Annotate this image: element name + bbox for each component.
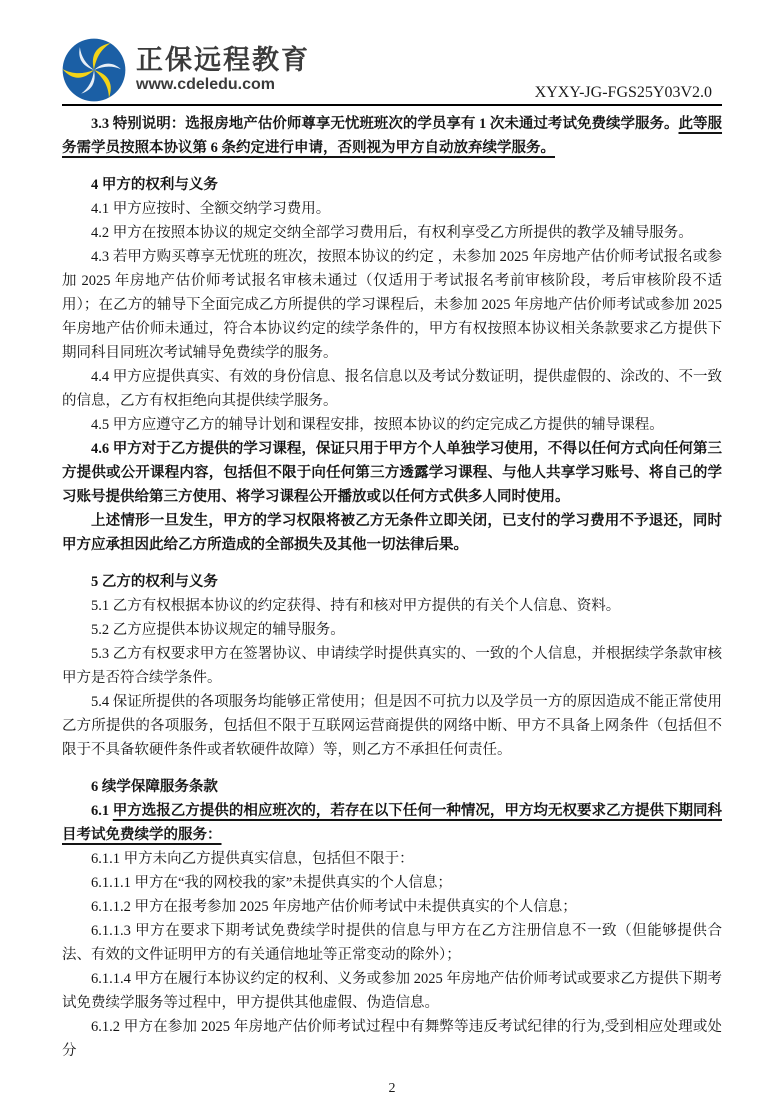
text-run: 6.1.1 甲方未向乙方提供真实信息，包括但不限于： (91, 851, 414, 867)
section-heading: 6 续学保障服务条款 (62, 775, 722, 799)
contract-paragraph: 6.1.1.2 甲方在报考参加 2025 年房地产估价师考试中未提供真实的个人信… (62, 895, 722, 919)
contract-paragraph: 6.1.1 甲方未向乙方提供真实信息，包括但不限于： (62, 847, 722, 871)
text-run: 4.5 甲方应遵守乙方的辅导计划和课程安排，按照本协议的约定完成乙方提供的辅导课… (91, 417, 664, 433)
section-heading: 5 乙方的权利与义务 (62, 570, 722, 594)
text-run: 6.1.2 甲方在参加 2025 年房地产估价师考试过程中有舞弊等违反考试纪律的… (62, 1019, 722, 1059)
contract-paragraph: 4.6 甲方对于乙方提供的学习课程，保证只用于甲方个人单独学习使用，不得以任何方… (62, 437, 722, 509)
text-run: 5.2 乙方应提供本协议规定的辅导服务。 (91, 622, 345, 638)
contract-body: 3.3 特别说明：选报房地产估价师尊享无忧班班次的学员享有 1 次未通过考试免费… (62, 112, 722, 1063)
contract-paragraph: 6.1.1.4 甲方在履行本协议约定的权利、义务或参加 2025 年房地产估价师… (62, 967, 722, 1015)
brand-text: 正保远程教育 www.cdeledu.com (136, 46, 310, 94)
page-number: 2 (389, 1081, 396, 1096)
contract-paragraph: 3.3 特别说明：选报房地产估价师尊享无忧班班次的学员享有 1 次未通过考试免费… (62, 112, 722, 160)
contract-paragraph: 上述情形一旦发生，甲方的学习权限将被乙方无条件立即关闭，已支付的学习费用不予退还… (62, 509, 722, 557)
contract-paragraph: 6.1.1.3 甲方在要求下期考试免费续学时提供的信息与甲方在乙方注册信息不一致… (62, 919, 722, 967)
brand-name: 正保远程教育 (136, 46, 310, 74)
contract-paragraph: 5.2 乙方应提供本协议规定的辅导服务。 (62, 618, 722, 642)
text-run: 4.4 甲方应提供真实、有效的身份信息、报名信息以及考试分数证明，提供虚假的、涂… (62, 369, 722, 409)
text-run: 甲方选报乙方提供的相应班次的，若存在以下任何一种情况，甲方均无权要求乙方提供下期… (62, 803, 722, 843)
text-run: 6.1.1.1 甲方在“我的网校我的家”未提供真实的个人信息； (91, 875, 452, 891)
contract-paragraph: 5.4 保证所提供的各项服务均能够正常使用；但是因不可抗力以及学员一方的原因造成… (62, 690, 722, 762)
text-run: 4.6 甲方对于乙方提供的学习课程，保证只用于甲方个人单独学习使用，不得以任何方… (62, 441, 722, 505)
text-run: 4.3 若甲方购买尊享无忧班的班次，按照本协议的约定 ，未参加 2025 年房地… (62, 249, 722, 361)
contract-paragraph: 4.1 甲方应按时、全额交纳学习费用。 (62, 197, 722, 221)
contract-paragraph: 4.3 若甲方购买尊享无忧班的班次，按照本协议的约定 ，未参加 2025 年房地… (62, 245, 722, 365)
text-run: 4.1 甲方应按时、全额交纳学习费用。 (91, 201, 330, 217)
text-run: 5.3 乙方有权要求甲方在签署协议、申请续学时提供真实的、一致的个人信息，并根据… (62, 646, 722, 686)
text-run: 6.1.1.4 甲方在履行本协议约定的权利、义务或参加 2025 年房地产估价师… (62, 971, 722, 1011)
text-run: 6.1 (91, 803, 113, 819)
contract-paragraph: 6.1.1.1 甲方在“我的网校我的家”未提供真实的个人信息； (62, 871, 722, 895)
text-run: 5 乙方的权利与义务 (91, 574, 218, 590)
brand-block: 正保远程教育 www.cdeledu.com (62, 38, 310, 102)
page-footer: 2 (62, 1079, 722, 1097)
page-header: 正保远程教育 www.cdeledu.com XYXY-JG-FGS25Y03V… (62, 38, 722, 106)
section-heading: 4 甲方的权利与义务 (62, 173, 722, 197)
contract-paragraph: 4.4 甲方应提供真实、有效的身份信息、报名信息以及考试分数证明，提供虚假的、涂… (62, 365, 722, 413)
text-run: 6 续学保障服务条款 (91, 779, 218, 795)
contract-paragraph: 4.5 甲方应遵守乙方的辅导计划和课程安排，按照本协议的约定完成乙方提供的辅导课… (62, 413, 722, 437)
contract-paragraph: 5.3 乙方有权要求甲方在签署协议、申请续学时提供真实的、一致的个人信息，并根据… (62, 642, 722, 690)
text-run: 4 甲方的权利与义务 (91, 177, 218, 193)
text-run: 6.1.1.2 甲方在报考参加 2025 年房地产估价师考试中未提供真实的个人信… (91, 899, 577, 915)
text-run: 5.1 乙方有权根据本协议的约定获得、持有和核对甲方提供的有关个人信息、资料。 (91, 598, 620, 614)
company-logo-icon (62, 38, 126, 102)
text-run: 4.2 甲方在按照本协议的规定交纳全部学习费用后，有权利享受乙方所提供的教学及辅… (91, 225, 693, 241)
text-run: 5.4 保证所提供的各项服务均能够正常使用；但是因不可抗力以及学员一方的原因造成… (62, 694, 722, 758)
document-code: XYXY-JG-FGS25Y03V2.0 (535, 84, 712, 102)
text-run: 6.1.1.3 甲方在要求下期考试免费续学时提供的信息与甲方在乙方注册信息不一致… (62, 923, 722, 963)
text-run: 3.3 特别说明：选报房地产估价师尊享无忧班班次的学员享有 1 次未通过考试免费… (91, 116, 679, 132)
contract-paragraph: 5.1 乙方有权根据本协议的约定获得、持有和核对甲方提供的有关个人信息、资料。 (62, 594, 722, 618)
contract-page: 正保远程教育 www.cdeledu.com XYXY-JG-FGS25Y03V… (0, 0, 783, 1120)
contract-paragraph: 6.1 甲方选报乙方提供的相应班次的，若存在以下任何一种情况，甲方均无权要求乙方… (62, 799, 722, 847)
contract-paragraph: 4.2 甲方在按照本协议的规定交纳全部学习费用后，有权利享受乙方所提供的教学及辅… (62, 221, 722, 245)
brand-url: www.cdeledu.com (136, 77, 310, 94)
contract-paragraph: 6.1.2 甲方在参加 2025 年房地产估价师考试过程中有舞弊等违反考试纪律的… (62, 1015, 722, 1063)
text-run: 上述情形一旦发生，甲方的学习权限将被乙方无条件立即关闭，已支付的学习费用不予退还… (62, 513, 722, 553)
